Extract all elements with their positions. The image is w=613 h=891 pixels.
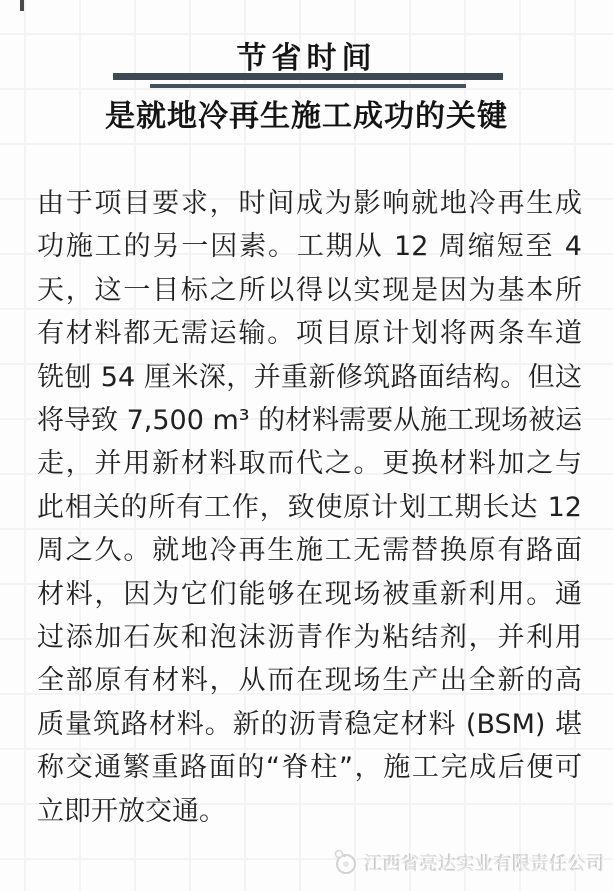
body-text-line: 质量筑路材料。新的沥青稳定材料 (BSM) 堪 — [37, 703, 582, 746]
body-text-line: 过添加石灰和泡沫沥青作为粘结剂，并利用 — [37, 616, 582, 659]
body-text-line: 全部原有材料，从而在现场生产出全新的高 — [37, 659, 582, 702]
body-text-line: 将导致 7,500 m³ 的材料需要从施工现场被运 — [37, 399, 582, 442]
body-text-line: 功施工的另一因素。工期从 12 周缩短至 4 — [37, 225, 582, 268]
article-page: 节省时间 是就地冷再生施工成功的关键 由于项目要求，时间成为影响就地冷再生成功施… — [0, 0, 613, 891]
body-text-line: 材料，因为它们能够在现场被重新利用。通 — [37, 573, 582, 616]
body-text-line: 走，并用新材料取而代之。更换材料加之与 — [37, 442, 582, 485]
body-text-line: 有材料都无需运输。项目原计划将两条车道 — [37, 312, 582, 355]
body-text-line: 铣刨 54 厘米深，并重新修筑路面结构。但这 — [37, 356, 582, 399]
body-text-line: 天，这一目标之所以得以实现是因为基本所 — [37, 269, 582, 312]
page-title: 节省时间 — [0, 33, 613, 77]
body-text-line: 由于项目要求，时间成为影响就地冷再生成 — [37, 182, 582, 225]
page-subtitle: 是就地冷再生施工成功的关键 — [0, 91, 613, 135]
article-body: 由于项目要求，时间成为影响就地冷再生成功施工的另一因素。工期从 12 周缩短至 … — [37, 182, 582, 833]
title-divider-thin — [150, 84, 466, 88]
title-divider-thick — [113, 73, 503, 80]
company-name: 江西省亮达实业有限责任公司 — [365, 850, 606, 876]
body-text-line: 此相关的所有工作，致使原计划工期长达 12 — [37, 486, 582, 529]
top-left-tick-mark — [20, 0, 24, 11]
company-logo-icon — [332, 848, 359, 877]
body-text-line: 周之久。就地冷再生施工无需替换原有路面 — [37, 529, 582, 572]
body-text-line: 称交通繁重路面的“脊柱”，施工完成后便可 — [37, 746, 582, 789]
company-watermark: 江西省亮达实业有限责任公司 — [332, 848, 606, 877]
body-text-line: 立即开放交通。 — [37, 790, 582, 833]
